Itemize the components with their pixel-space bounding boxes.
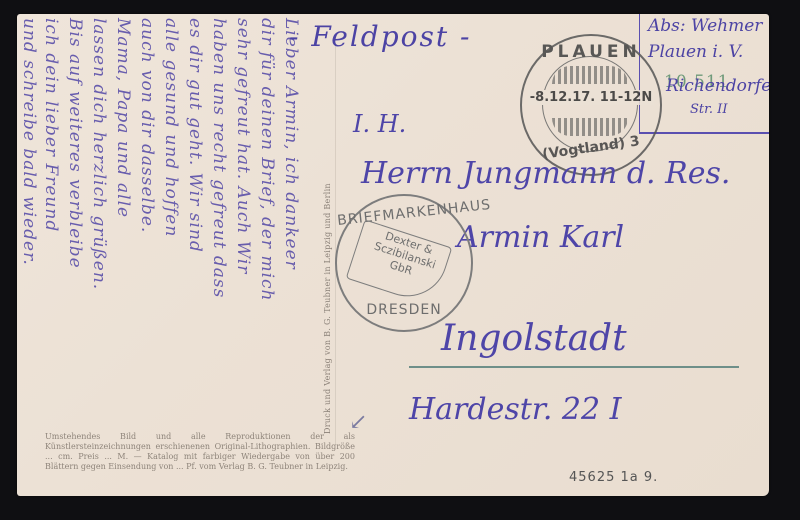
pencil-arrow-icon: ↙: [349, 410, 367, 435]
publisher-credit: Druck und Verlag von B. G. Teubner in Le…: [323, 134, 332, 434]
printed-publisher-note: Umstehendes Bild und alle Reproduktionen…: [45, 432, 355, 472]
message-line: lassen dich herzlich grüßen.: [89, 18, 109, 290]
message-line: alle gesund und hoffen: [161, 18, 181, 237]
sender-line: Plauen i. V.: [648, 42, 743, 62]
sender-line: Str. II: [690, 102, 727, 117]
postmark-bars-icon: [552, 118, 628, 136]
recipient-city: Ingolstadt: [441, 318, 627, 359]
recipient-line2: Armin Karl: [457, 220, 624, 255]
archive-reference: 45625 1a 9.: [569, 470, 658, 485]
message-line: es dir gut geht. Wir sind: [185, 18, 205, 253]
recipient-street: Hardestr. 22 I: [409, 392, 621, 427]
handwritten-message: Lieber Armin, ich dankeer dir für deinen…: [17, 14, 317, 496]
postmark-bars-icon: [552, 66, 628, 84]
message-line: Bis auf weiteres verbleibe: [65, 18, 85, 269]
message-line: Mama, Papa und alle: [113, 18, 133, 218]
message-line: haben uns recht gefreut dass: [209, 18, 229, 298]
sender-line: Richendorfer: [666, 76, 769, 96]
recipient-line1: Herrn Jungmann d. Res.: [361, 156, 730, 191]
recipient-salutation: I. H.: [353, 110, 406, 138]
message-line: auch von dir dasselbe.: [137, 18, 157, 233]
message-line: sehr gefreut hat. Auch Wir: [233, 18, 253, 274]
feldpost-heading: - Feldpost -: [289, 20, 471, 53]
postmark-stamp: PLAUEN -8.12.17. 11-12N (Vogtland) 3: [520, 34, 662, 176]
address-underline: [409, 366, 739, 368]
message-line: ich dein lieber Freund: [41, 18, 61, 232]
sender-line: Abs: Wehmer: [648, 16, 762, 36]
divider-line: [335, 44, 336, 444]
dealer-stamp-bottom: DRESDEN: [337, 302, 471, 318]
postmark-city: PLAUEN: [522, 42, 660, 62]
dealer-stamp-top: BRIEFMARKENHAUS: [337, 199, 472, 229]
postcard: Lieber Armin, ich dankeer dir für deinen…: [17, 14, 769, 496]
message-line: und schreibe bald wieder.: [19, 18, 39, 266]
postmark-datetime: -8.12.17. 11-12N: [528, 90, 654, 105]
message-line: dir für deinen Brief, der mich: [257, 18, 277, 301]
dealer-stamp: BRIEFMARKENHAUS Dexter & Sczibilanski Gb…: [335, 194, 473, 332]
message-line: Lieber Armin, ich dankeer: [281, 18, 301, 270]
